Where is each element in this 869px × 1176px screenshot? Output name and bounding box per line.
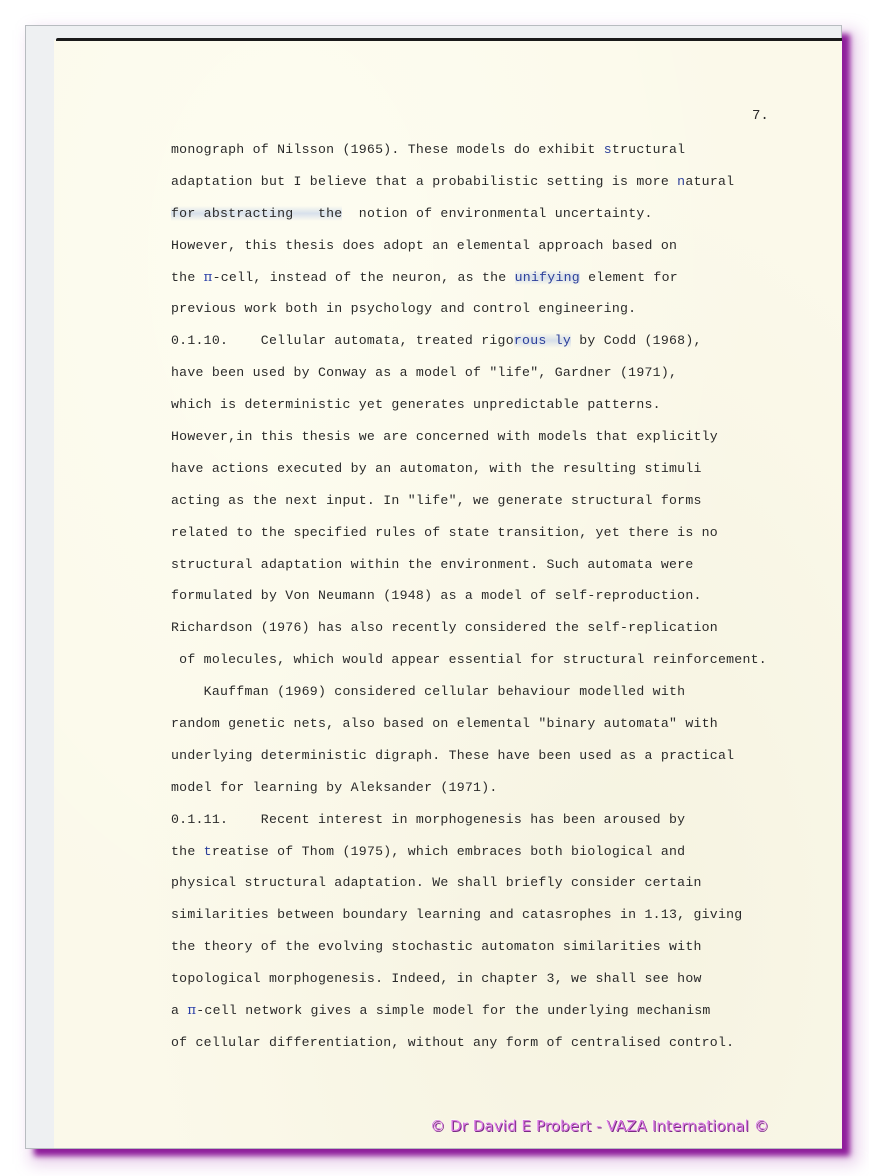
text-line: physical structural adaptation. We shall…	[171, 870, 831, 902]
text-segment: by Codd (1968),	[571, 333, 702, 348]
text-segment: Kauffman (1969) considered cellular beha…	[171, 684, 685, 699]
text-segment: which is deterministic yet generates unp…	[171, 397, 661, 412]
text-line: of molecules, which would appear essenti…	[171, 647, 831, 679]
text-segment: have been used by Conway as a model of "…	[171, 365, 677, 380]
text-segment: topological morphogenesis. Indeed, in ch…	[171, 971, 702, 986]
text-segment: similarities between boundary learning a…	[171, 907, 742, 922]
paper-top-edge	[56, 38, 842, 41]
pi-symbol: π	[187, 1003, 196, 1018]
text-segment: unifying	[515, 270, 580, 285]
text-segment: However,in this thesis we are concerned …	[171, 429, 718, 444]
text-line: random genetic nets, also based on eleme…	[171, 711, 831, 743]
text-segment: atural	[685, 174, 734, 189]
text-line: have actions executed by an automaton, w…	[171, 456, 831, 488]
text-segment: reatise of Thom (1975), which embraces b…	[212, 844, 686, 859]
text-segment: formulated by Von Neumann (1948) as a mo…	[171, 588, 702, 603]
text-segment: previous work both in psychology and con…	[171, 301, 636, 316]
text-segment: of cellular differentiation, without any…	[171, 1035, 734, 1050]
text-line: Richardson (1976) has also recently cons…	[171, 615, 831, 647]
text-segment: 0.1.11. Recent interest in morphogenesis…	[171, 812, 685, 827]
text-line: Kauffman (1969) considered cellular beha…	[171, 679, 831, 711]
text-segment: t	[204, 844, 212, 859]
text-line: However,in this thesis we are concerned …	[171, 424, 831, 456]
text-line: have been used by Conway as a model of "…	[171, 360, 831, 392]
text-segment: the	[318, 206, 343, 221]
text-line: the π-cell, instead of the neuron, as th…	[171, 265, 831, 297]
text-segment: rous ly	[514, 333, 571, 348]
text-line: topological morphogenesis. Indeed, in ch…	[171, 966, 831, 998]
text-segment: abstracting	[204, 206, 294, 221]
text-segment: s	[604, 142, 612, 157]
text-line: structural adaptation within the environ…	[171, 552, 831, 584]
copyright-watermark: © Dr David E Probert - VAZA Internationa…	[430, 1117, 769, 1135]
text-line: a π-cell network gives a simple model fo…	[171, 998, 831, 1030]
text-segment: the	[171, 844, 204, 859]
text-segment: notion of environmental uncertainty.	[342, 206, 652, 221]
text-segment: 0.1.10. Cellular automata, treated rigo	[171, 333, 514, 348]
text-segment: of molecules, which would appear essenti…	[171, 652, 767, 667]
text-segment: the	[171, 270, 204, 285]
text-segment	[293, 206, 318, 221]
text-line: of cellular differentiation, without any…	[171, 1030, 831, 1062]
text-line: acting as the next input. In "life", we …	[171, 488, 831, 520]
text-line: However, this thesis does adopt an eleme…	[171, 233, 831, 265]
text-line: related to the specified rules of state …	[171, 520, 831, 552]
text-segment: -cell, instead of the neuron, as the	[213, 270, 515, 285]
text-segment: a	[171, 1003, 187, 1018]
text-segment: Richardson (1976) has also recently cons…	[171, 620, 718, 635]
text-segment: adaptation but I believe that a probabil…	[171, 174, 677, 189]
text-segment: However, this thesis does adopt an eleme…	[171, 238, 677, 253]
text-line: formulated by Von Neumann (1948) as a mo…	[171, 583, 831, 615]
text-segment: monograph of Nilsson (1965). These model…	[171, 142, 604, 157]
text-line: the theory of the evolving stochastic au…	[171, 934, 831, 966]
text-segment: acting as the next input. In "life", we …	[171, 493, 702, 508]
text-segment: underlying deterministic digraph. These …	[171, 748, 734, 763]
text-segment: the theory of the evolving stochastic au…	[171, 939, 702, 954]
typewritten-text: monograph of Nilsson (1965). These model…	[171, 137, 831, 1062]
text-line: the treatise of Thom (1975), which embra…	[171, 839, 831, 871]
text-line: similarities between boundary learning a…	[171, 902, 831, 934]
pi-symbol: π	[204, 270, 213, 285]
text-line: for abstracting the notion of environmen…	[171, 201, 831, 233]
text-segment: related to the specified rules of state …	[171, 525, 718, 540]
text-segment: -cell network gives a simple model for t…	[196, 1003, 710, 1018]
text-segment: have actions executed by an automaton, w…	[171, 461, 702, 476]
text-segment: tructural	[612, 142, 685, 157]
text-segment: model for learning by Aleksander (1971).	[171, 780, 498, 795]
text-line: model for learning by Aleksander (1971).	[171, 775, 831, 807]
text-segment: for	[171, 206, 204, 221]
text-segment: element for	[580, 270, 678, 285]
text-segment: random genetic nets, also based on eleme…	[171, 716, 718, 731]
text-line: which is deterministic yet generates unp…	[171, 392, 831, 424]
text-line: adaptation but I believe that a probabil…	[171, 169, 831, 201]
text-line: 0.1.11. Recent interest in morphogenesis…	[171, 807, 831, 839]
page-number: 7.	[752, 108, 769, 124]
text-line: monograph of Nilsson (1965). These model…	[171, 137, 831, 169]
text-segment: physical structural adaptation. We shall…	[171, 875, 702, 890]
text-line: 0.1.10. Cellular automata, treated rigor…	[171, 328, 831, 360]
text-segment: structural adaptation within the environ…	[171, 557, 693, 572]
text-line: previous work both in psychology and con…	[171, 296, 831, 328]
text-line: underlying deterministic digraph. These …	[171, 743, 831, 775]
